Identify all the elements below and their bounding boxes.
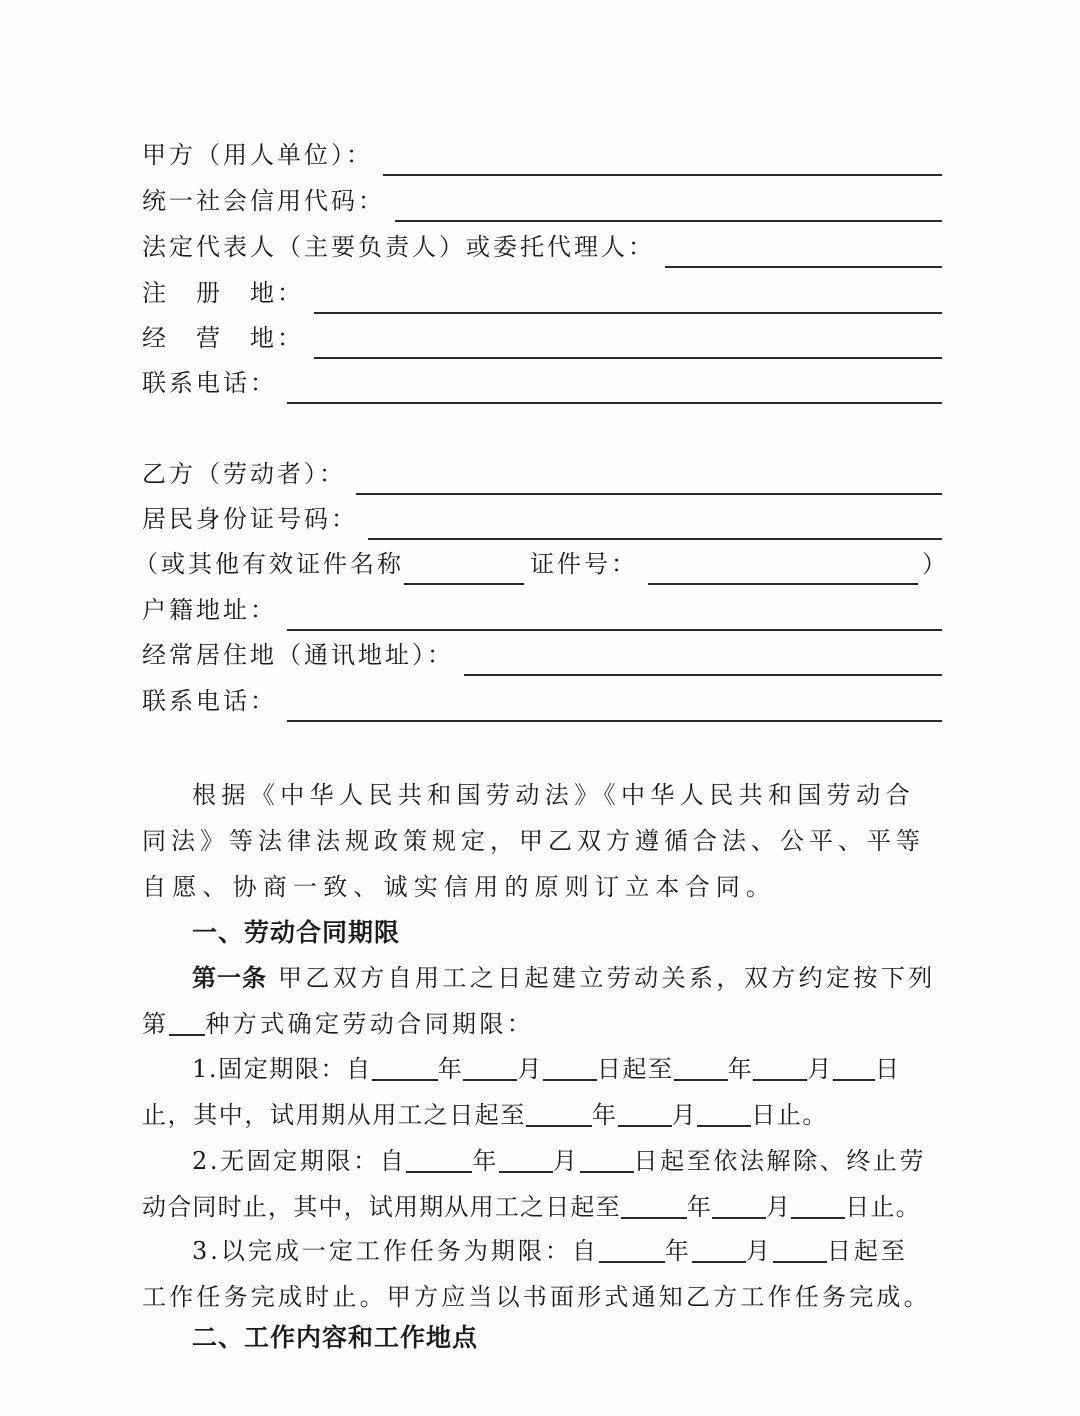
start-month-input[interactable] <box>692 1237 746 1263</box>
end-day-input[interactable] <box>833 1055 875 1081</box>
end-year-input[interactable] <box>674 1055 728 1081</box>
start-month-input[interactable] <box>463 1055 517 1081</box>
field-id-number: 居民身份证号码： <box>142 500 942 540</box>
other-id-open-label: （或其他有效证件名称 <box>134 549 404 585</box>
probation-day-input[interactable] <box>697 1101 751 1127</box>
option-text: 日起至 <box>597 1055 674 1083</box>
month-label: 月 <box>672 1101 698 1129</box>
option-task-based: 3.以完成一定工作任务为期限：自年月日起至 工作任务完成时止。甲方应当以书面形式… <box>142 1228 942 1320</box>
day-label: 日 <box>875 1055 901 1083</box>
probation-day-input[interactable] <box>791 1193 845 1219</box>
start-day-input[interactable] <box>543 1055 597 1081</box>
contract-page: 甲方（用人单位）： 统一社会信用代码： 法定代表人（主要负责人）或委托代理人： … <box>0 0 1080 1416</box>
field-label: 统一社会信用代码： <box>142 186 385 222</box>
employee-phone-input[interactable] <box>287 692 942 722</box>
preamble-line: 同法》等法律法规政策规定，甲乙双方遵循合法、公平、平等 <box>142 818 942 864</box>
other-id-number-label: 证件号： <box>530 549 638 585</box>
registered-address-input[interactable] <box>314 284 942 314</box>
credit-code-input[interactable] <box>395 192 942 222</box>
month-label: 月 <box>807 1055 833 1083</box>
option-text: 日止。 <box>845 1193 921 1221</box>
field-employee-name: 乙方（劳动者）： <box>142 455 942 495</box>
field-employer-name: 甲方（用人单位）： <box>142 136 942 176</box>
article-title: 第一条 <box>192 964 267 992</box>
start-day-input[interactable] <box>580 1147 634 1173</box>
article-text: 种方式确定劳动合同期限： <box>205 1010 534 1038</box>
preamble-line: 根据《中华人民共和国劳动法》《中华人民共和国劳动合 <box>142 772 942 818</box>
option-line: 3.以完成一定工作任务为期限：自年月日起至 <box>142 1228 942 1274</box>
other-id-number-input[interactable] <box>648 555 918 585</box>
start-year-input[interactable] <box>599 1237 665 1263</box>
employer-name-input[interactable] <box>383 146 942 176</box>
option-line: 动合同时止，其中，试用期从用工之日起至年月日止。 <box>142 1184 942 1230</box>
field-label: 联系电话： <box>142 368 277 404</box>
field-label: 甲方（用人单位）： <box>142 140 373 176</box>
option-text: 日起至 <box>827 1237 908 1265</box>
section-heading: 二、工作内容和工作地点 <box>192 1318 478 1354</box>
month-label: 月 <box>517 1055 543 1083</box>
preamble: 根据《中华人民共和国劳动法》《中华人民共和国劳动合 同法》等法律法规政策规定，甲… <box>142 772 942 910</box>
field-label: 经常居住地（通讯地址）： <box>142 640 454 676</box>
business-address-input[interactable] <box>314 329 942 359</box>
section-heading: 一、劳动合同期限 <box>192 913 400 949</box>
field-residence-address: 经常居住地（通讯地址）： <box>142 636 942 676</box>
article-line: 第种方式确定劳动合同期限： <box>142 1001 942 1047</box>
option-fixed-term: 1.固定期限：自年月日起至年月日 止，其中，试用期从用工之日起至年月日止。 <box>142 1046 942 1138</box>
option-text: 1.固定期限：自 <box>192 1055 372 1083</box>
article-text: 甲乙双方自用工之日起建立劳动关系，双方约定按下列 <box>267 964 936 992</box>
month-label: 月 <box>553 1147 580 1175</box>
field-employee-phone: 联系电话： <box>142 682 942 722</box>
year-label: 年 <box>665 1237 692 1265</box>
legal-representative-input[interactable] <box>665 238 942 268</box>
other-id-name-input[interactable] <box>404 555 524 585</box>
year-label: 年 <box>592 1101 618 1129</box>
end-month-input[interactable] <box>753 1055 807 1081</box>
other-id-close-label: ） <box>922 549 949 585</box>
year-label: 年 <box>472 1147 499 1175</box>
year-label: 年 <box>728 1055 754 1083</box>
option-text: 日止。 <box>751 1101 828 1129</box>
article-line: 第一条 甲乙双方自用工之日起建立劳动关系，双方约定按下列 <box>142 955 942 1001</box>
probation-month-input[interactable] <box>618 1101 672 1127</box>
field-label: 法定代表人（主要负责人）或委托代理人： <box>142 232 655 268</box>
year-label: 年 <box>438 1055 464 1083</box>
field-label: 居民身份证号码： <box>142 504 358 540</box>
household-address-input[interactable] <box>287 601 942 631</box>
field-business-address: 经 营 地： <box>142 319 942 359</box>
option-line: 止，其中，试用期从用工之日起至年月日止。 <box>142 1092 942 1138</box>
probation-month-input[interactable] <box>712 1193 766 1219</box>
employer-phone-input[interactable] <box>287 374 942 404</box>
probation-year-input[interactable] <box>621 1193 687 1219</box>
field-label: 注 册 地： <box>142 278 304 314</box>
residence-address-input[interactable] <box>464 646 942 676</box>
option-text: 2.无固定期限：自 <box>192 1147 406 1175</box>
option-text: 3.以完成一定工作任务为期限：自 <box>192 1237 599 1265</box>
field-label: 经 营 地： <box>142 323 304 359</box>
option-line: 2.无固定期限：自年月日起至依法解除、终止劳 <box>142 1138 942 1184</box>
probation-year-input[interactable] <box>526 1101 592 1127</box>
employee-name-input[interactable] <box>356 465 942 495</box>
option-text: 日起至依法解除、终止劳 <box>634 1147 927 1175</box>
start-month-input[interactable] <box>499 1147 553 1173</box>
preamble-line: 自愿、协商一致、诚实信用的原则订立本合同。 <box>142 864 942 910</box>
option-line: 工作任务完成时止。甲方应当以书面形式通知乙方工作任务完成。 <box>142 1274 942 1320</box>
field-label: 乙方（劳动者）： <box>142 459 346 495</box>
id-number-input[interactable] <box>368 510 942 540</box>
field-credit-code: 统一社会信用代码： <box>142 182 942 222</box>
field-label: 联系电话： <box>142 686 277 722</box>
month-label: 月 <box>766 1193 791 1221</box>
month-label: 月 <box>746 1237 773 1265</box>
field-employer-phone: 联系电话： <box>142 364 942 404</box>
field-other-id: （或其他有效证件名称 证件号： ） <box>142 545 940 585</box>
article-1: 第一条 甲乙双方自用工之日起建立劳动关系，双方约定按下列 第种方式确定劳动合同期… <box>142 955 942 1047</box>
option-text: 动合同时止，其中，试用期从用工之日起至 <box>142 1193 621 1221</box>
start-day-input[interactable] <box>773 1237 827 1263</box>
field-household-address: 户籍地址： <box>142 591 942 631</box>
start-year-input[interactable] <box>406 1147 472 1173</box>
field-legal-representative: 法定代表人（主要负责人）或委托代理人： <box>142 228 942 268</box>
field-registered-address: 注 册 地： <box>142 274 942 314</box>
year-label: 年 <box>687 1193 712 1221</box>
article-text: 第 <box>142 1010 169 1038</box>
start-year-input[interactable] <box>372 1055 438 1081</box>
option-text: 止，其中，试用期从用工之日起至 <box>142 1101 526 1129</box>
option-open-ended: 2.无固定期限：自年月日起至依法解除、终止劳 动合同时止，其中，试用期从用工之日… <box>142 1138 942 1230</box>
method-number-input[interactable] <box>169 1010 205 1036</box>
option-line: 1.固定期限：自年月日起至年月日 <box>142 1046 942 1092</box>
field-label: 户籍地址： <box>142 595 277 631</box>
